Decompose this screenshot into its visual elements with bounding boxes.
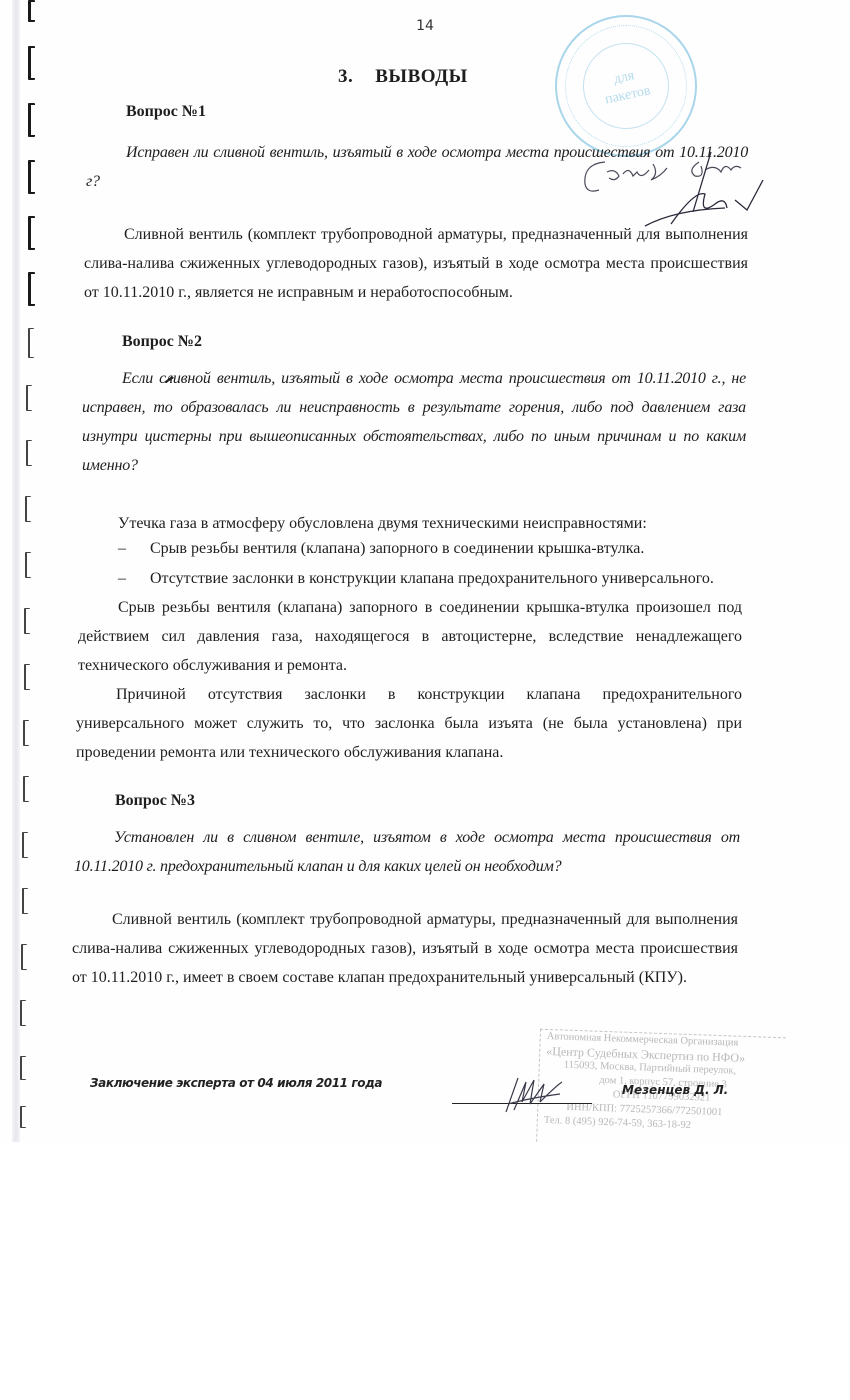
question-3-label: Вопрос №3	[115, 792, 195, 810]
answer-2-paragraph: Причиной отсутствия заслонки в конструкц…	[76, 680, 742, 767]
binding-stitch	[26, 385, 32, 411]
document-page: для пакетов 14 3.ВЫВОДЫ Вопрос №1 Исправ…	[0, 0, 850, 1142]
binding-stitch	[21, 944, 27, 970]
answer-1-paragraph: Сливной вентиль (комплект трубопроводной…	[84, 220, 748, 307]
binding-stitch	[28, 272, 35, 306]
question-2-text: Если сливной вентиль, изъятый в ходе осм…	[82, 364, 746, 480]
binding-stitch	[23, 776, 29, 802]
round-stamp: для пакетов	[555, 15, 697, 157]
binding-stitch	[20, 1056, 26, 1080]
binding-strip	[12, 0, 20, 1142]
conclusion-date-note: Заключение эксперта от 04 июля 2011 года	[90, 1076, 382, 1090]
question-1-text: Исправен ли сливной вентиль, изъятый в х…	[86, 138, 748, 196]
binding-stitch	[28, 46, 35, 80]
section-number: 3.	[338, 66, 353, 87]
binding-stitch	[20, 1000, 26, 1026]
answer-3-paragraph: Сливной вентиль (комплект трубопроводной…	[72, 905, 738, 992]
binding-stitch	[25, 496, 31, 522]
binding-stitch	[28, 216, 35, 250]
page-number: 14	[0, 18, 850, 34]
question-1-label: Вопрос №1	[126, 103, 206, 121]
round-stamp-text: для пакетов	[555, 55, 697, 119]
binding-stitch	[24, 664, 30, 690]
question-2-label: Вопрос №2	[122, 333, 202, 351]
binding-stitch	[28, 328, 34, 358]
section-title: ВЫВОДЫ	[375, 66, 468, 87]
signer-name: Мезенцев Д. Л.	[622, 1083, 728, 1097]
binding-stitch	[22, 888, 28, 914]
answer-2-intro: Утечка газа в атмосферу обусловлена двум…	[118, 509, 758, 538]
binding-stitch	[25, 552, 31, 578]
question-3-text: Установлен ли в сливном вентиле, изъятом…	[74, 823, 740, 881]
binding-stitch	[24, 608, 30, 634]
binding-stitch	[22, 832, 28, 858]
signature-line	[452, 1103, 592, 1104]
binding-stitch	[28, 103, 35, 137]
section-heading: 3.ВЫВОДЫ	[338, 66, 468, 88]
binding-stitch	[28, 160, 35, 194]
answer-2-paragraph: Срыв резьбы вентиля (клапана) запорного …	[78, 593, 742, 680]
binding-stitch	[26, 440, 32, 466]
binding-stitch	[20, 1106, 26, 1128]
binding-stitch	[23, 720, 29, 746]
